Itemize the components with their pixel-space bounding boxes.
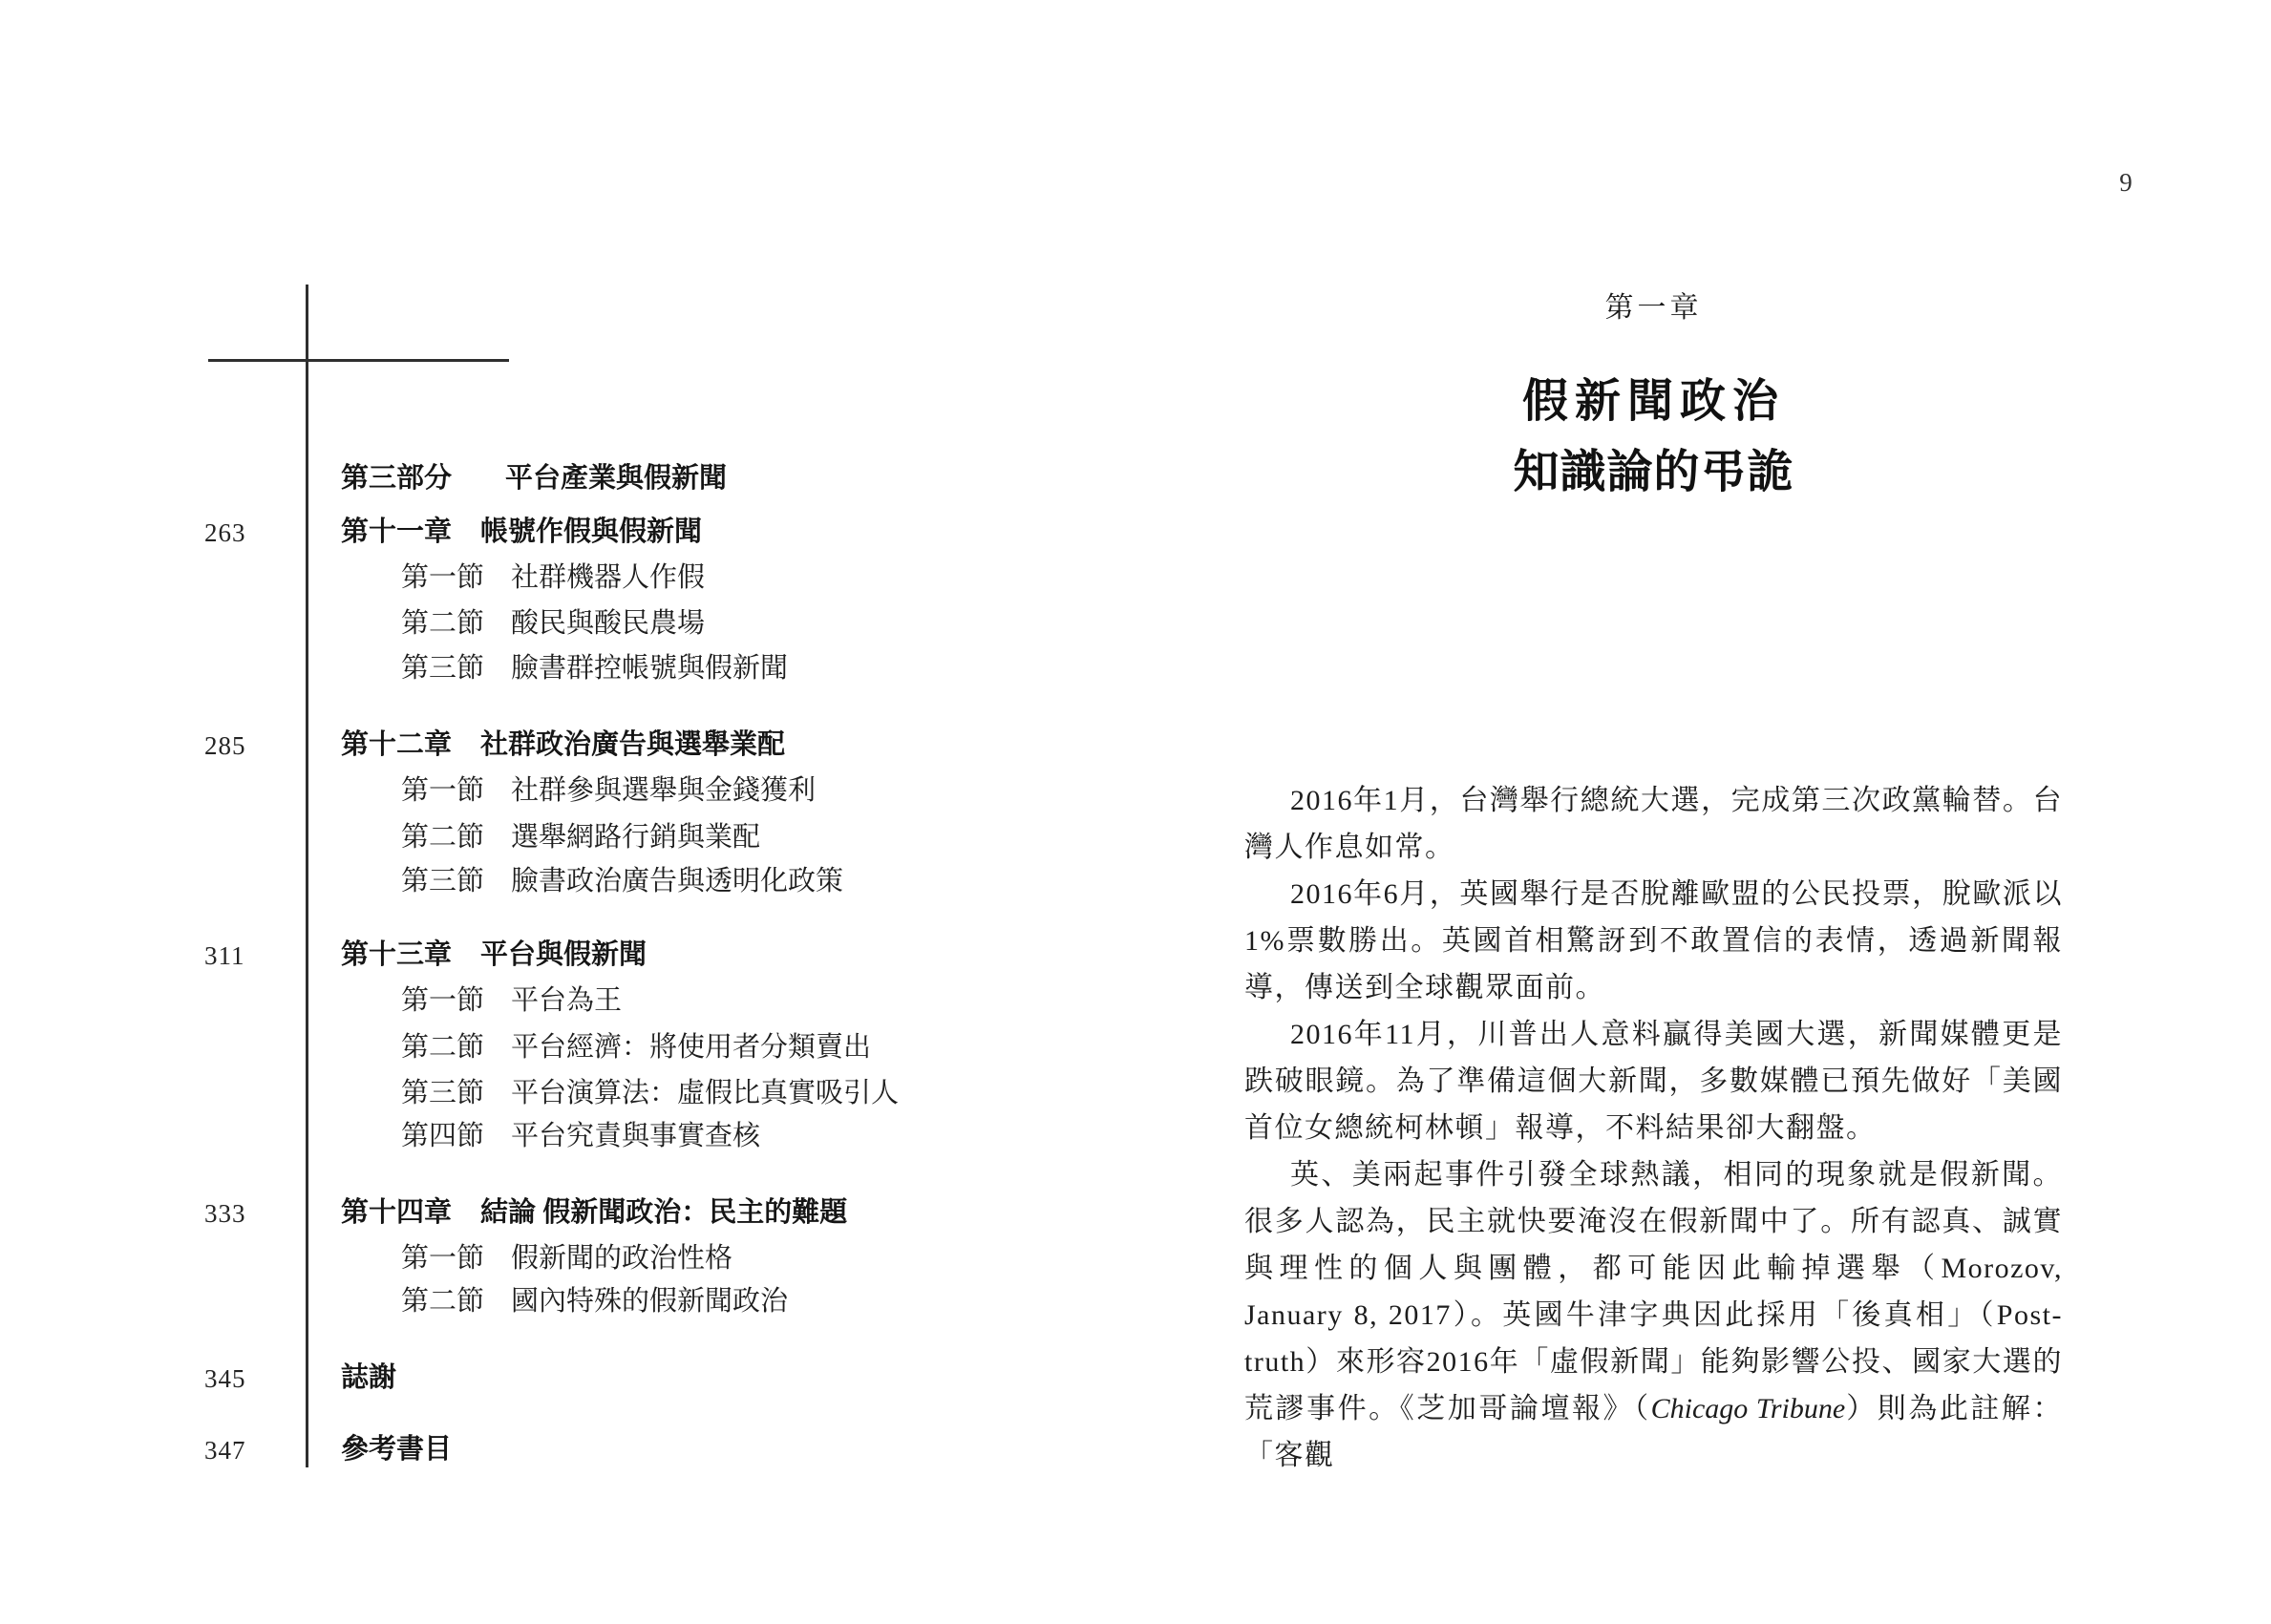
page-number: 9 [2097, 168, 2154, 198]
toc-section-row: 第二節平台經濟：將使用者分類賣出 [0, 1030, 1108, 1065]
chapter-title-line2: 知識論的弔詭 [1513, 447, 1793, 497]
toc-section-label: 第一節 [401, 775, 484, 806]
toc-page-number: 347 [204, 1433, 246, 1467]
toc-section-row: 第三節平台演算法：虛假比真實吸引人 [0, 1076, 1108, 1110]
toc-chapter-label: 第十三章 [341, 939, 452, 970]
paragraph: 2016年6月，英國舉行是否脫離歐盟的公民投票，脫歐派以1%票數勝出。英國首相驚… [1244, 871, 2063, 1011]
toc-section-title: 國內特殊的假新聞政治 [511, 1286, 788, 1317]
toc-section-label: 第三節 [401, 653, 484, 684]
chapter-title: 假新聞政治 知識論的弔詭 [1244, 367, 2063, 508]
toc-section-row: 第一節社群參與選舉與金錢獲利 [0, 773, 1108, 808]
toc-backmatter-title: 誌謝 [341, 1360, 396, 1395]
toc-chapter-row: 333 第十四章結論 假新聞政治：民主的難題 [0, 1195, 1108, 1230]
paragraph: 2016年11月，川普出人意料贏得美國大選，新聞媒體更是跌破眼鏡。為了準備這個大… [1244, 1011, 2063, 1151]
toc-section-row: 第一節平台為王 [0, 983, 1108, 1018]
toc-section-label: 第一節 [401, 985, 484, 1016]
paragraph: 英、美兩起事件引發全球熱議，相同的現象就是假新聞。很多人認為，民主就快要淹沒在假… [1244, 1151, 2063, 1479]
toc-section-row: 第一節假新聞的政治性格 [0, 1241, 1108, 1276]
toc-section-title: 選舉網路行銷與業配 [511, 822, 760, 853]
toc-part-text: 第三部分平台產業與假新聞 [341, 461, 727, 496]
toc-chapter-title: 社群政治廣告與選舉業配 [480, 729, 785, 760]
toc-chapter-title: 平台與假新聞 [480, 939, 647, 970]
toc-section-title: 臉書政治廣告與透明化政策 [511, 866, 843, 896]
toc-chapter-row: 263 第十一章帳號作假與假新聞 [0, 515, 1108, 549]
paragraph: 2016年1月，台灣舉行總統大選，完成第三次政黨輪替。台灣人作息如常。 [1244, 777, 2063, 871]
toc-chapter-label: 第十一章 [341, 517, 452, 547]
toc-page-number: 263 [204, 516, 246, 550]
toc-page-number: 345 [204, 1361, 246, 1396]
toc-section-label: 第二節 [401, 822, 484, 853]
toc-section-row: 第二節酸民與酸民農場 [0, 606, 1108, 641]
toc-section-label: 第二節 [401, 608, 484, 639]
toc-chapter-label: 第十四章 [341, 1197, 452, 1228]
toc-page-number: 311 [204, 939, 245, 973]
toc-horizontal-rule [208, 359, 509, 362]
toc-part-title: 平台產業與假新聞 [505, 463, 727, 494]
toc-chapter-label: 第十二章 [341, 729, 452, 760]
paragraph-text: 英、美兩起事件引發全球熱議，相同的現象就是假新聞。很多人認為，民主就快要淹沒在假… [1244, 1159, 2063, 1424]
toc-page-number: 333 [204, 1196, 246, 1231]
toc-section-title: 臉書群控帳號與假新聞 [511, 653, 788, 684]
toc-section-label: 第二節 [401, 1286, 484, 1317]
toc-section-label: 第三節 [401, 1078, 484, 1108]
toc-chapter-title: 結論 假新聞政治：民主的難題 [480, 1197, 847, 1228]
toc-section-title: 社群參與選舉與金錢獲利 [511, 775, 816, 806]
chapter-label: 第一章 [1244, 284, 2063, 326]
toc-part-label: 第三部分 [341, 463, 452, 494]
toc-part-row: 第三部分平台產業與假新聞 [0, 461, 1108, 496]
toc-section-row: 第二節選舉網路行銷與業配 [0, 820, 1108, 854]
toc-section-title: 平台究責與事實查核 [511, 1121, 760, 1151]
toc-page-number: 285 [204, 728, 246, 763]
toc-backmatter-title: 參考書目 [341, 1432, 452, 1466]
chapter-title-line1: 假新聞政治 [1522, 376, 1785, 427]
toc-section-title: 平台演算法：虛假比真實吸引人 [511, 1078, 899, 1108]
book-spread: 第三部分平台產業與假新聞 263 第十一章帳號作假與假新聞 第一節社群機器人作假… [0, 0, 2271, 1624]
toc-chapter-row: 285 第十二章社群政治廣告與選舉業配 [0, 728, 1108, 762]
toc-backmatter-row: 345 誌謝 [0, 1360, 1108, 1395]
toc-section-label: 第一節 [401, 1243, 484, 1274]
toc-chapter-row: 311 第十三章平台與假新聞 [0, 938, 1108, 972]
toc-section-title: 酸民與酸民農場 [511, 608, 705, 639]
toc-section-label: 第二節 [401, 1032, 484, 1063]
chapter-body: 2016年1月，台灣舉行總統大選，完成第三次政黨輪替。台灣人作息如常。 2016… [1244, 777, 2063, 1479]
toc-section-title: 社群機器人作假 [511, 562, 705, 593]
italic-book-title: Chicago Tribune [1651, 1393, 1846, 1424]
toc-section-label: 第一節 [401, 562, 484, 593]
toc-section-label: 第三節 [401, 866, 484, 896]
toc-section-label: 第四節 [401, 1121, 484, 1151]
toc-section-row: 第二節國內特殊的假新聞政治 [0, 1284, 1108, 1318]
toc-section-row: 第四節平台究責與事實查核 [0, 1119, 1108, 1153]
toc-section-row: 第三節臉書群控帳號與假新聞 [0, 651, 1108, 685]
toc-section-title: 平台經濟：將使用者分類賣出 [511, 1032, 871, 1063]
toc-section-title: 平台為王 [511, 985, 622, 1016]
toc-section-row: 第一節社群機器人作假 [0, 560, 1108, 595]
toc-chapter-title: 帳號作假與假新聞 [480, 517, 702, 547]
toc-backmatter-row: 347 參考書目 [0, 1432, 1108, 1466]
toc-section-title: 假新聞的政治性格 [511, 1243, 732, 1274]
toc-section-row: 第三節臉書政治廣告與透明化政策 [0, 864, 1108, 898]
